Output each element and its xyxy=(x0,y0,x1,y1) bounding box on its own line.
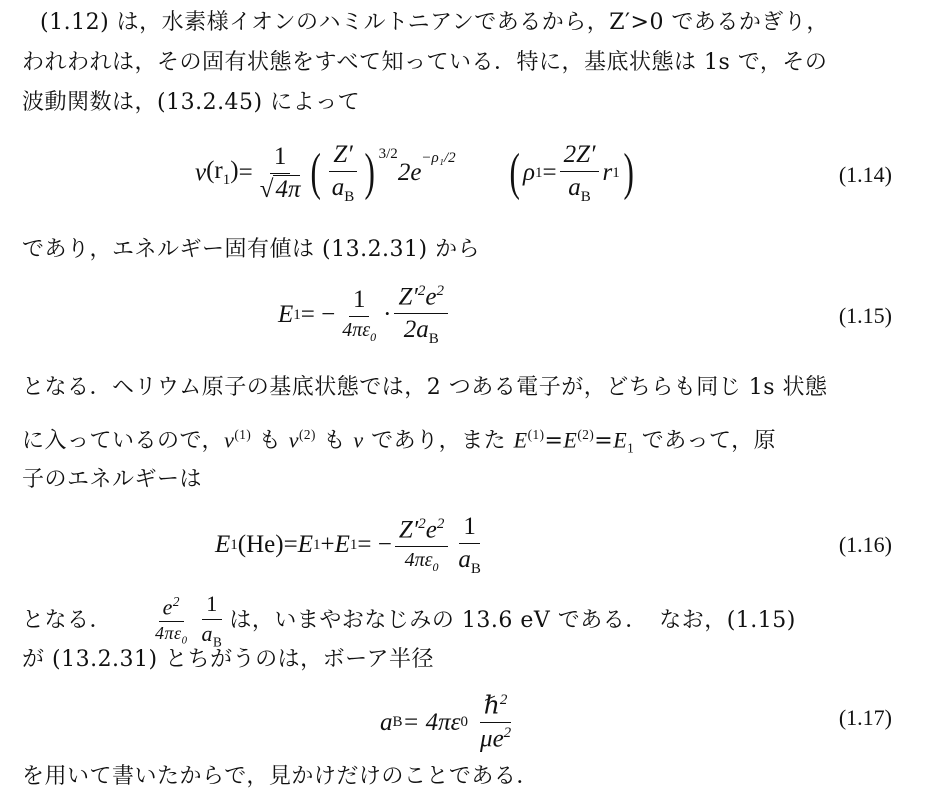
paragraph-line: 波動関数は，(13.2.45) によって xyxy=(22,88,360,118)
paragraph-line: を用いて書いたからで，見かけだけのことである． xyxy=(22,762,539,792)
symbol: 2e xyxy=(398,159,422,187)
fraction: Z′2e2 4πε0 xyxy=(395,516,448,574)
equation-number: (1.14) xyxy=(839,162,892,188)
equals: = − xyxy=(357,531,391,559)
paren-open: ( xyxy=(509,147,519,199)
fraction: Z′ aB xyxy=(328,141,359,205)
fraction: Z′2e2 2aB xyxy=(394,283,447,347)
fraction: 1 4πε0 xyxy=(338,286,380,344)
paragraph-line: となる． e2 4πε0 1 aB は，いまやおなじみの 13.6 eV である… xyxy=(22,596,796,646)
fraction: 1 aB xyxy=(454,513,485,577)
equals: = − xyxy=(301,301,335,329)
exponent: −ρ₁/2 xyxy=(421,150,455,167)
equation-1-14: v (r1) = 1 √4π ( Z′ aB ) 3/2 2e −ρ₁/2 ( … xyxy=(195,138,637,208)
paren-close: ) xyxy=(365,147,375,199)
symbol: r xyxy=(602,159,612,187)
paragraph-line: であり，エネルギー固有値は (13.2.31) から xyxy=(22,235,480,265)
equation-1-17: aB = 4πε0 ℏ2 μe2 xyxy=(380,690,518,755)
paragraph-line: となる．ヘリウム原子の基底状態では，2 つある電子が，どちらも同じ 1s 状態 xyxy=(22,373,828,403)
equation-number: (1.16) xyxy=(839,532,892,558)
fraction: ℏ2 μe2 xyxy=(476,692,515,753)
equation-1-16: E1 (He) = E1 + E1 = − Z′2e2 4πε0 1 aB xyxy=(215,510,488,580)
exponent: 3/2 xyxy=(379,146,398,163)
paragraph-line: (1.12) は，水素様イオンのハミルトニアンであるから，Z′>0 であるかぎり… xyxy=(40,8,829,38)
equals: = 4πε xyxy=(403,709,461,737)
symbol: v xyxy=(195,159,206,187)
paragraph-line: が (13.2.31) とちがうのは，ボーア半径 xyxy=(22,645,434,675)
fraction: e2 4πε0 xyxy=(151,595,192,648)
equals: = xyxy=(542,159,556,187)
equals: = xyxy=(239,159,253,187)
symbol: (r1) xyxy=(206,157,238,189)
equation-number: (1.15) xyxy=(839,303,892,329)
paragraph-line: われわれは，その固有状態をすべて知っている．特に，基底状態は 1s で，その xyxy=(22,48,827,78)
fraction: 1 √4π xyxy=(256,143,305,203)
symbol: ρ xyxy=(523,159,535,187)
equation-number: (1.17) xyxy=(839,705,892,731)
equation-1-15: E1 = − 1 4πε0 · Z′2e2 2aB xyxy=(278,280,451,350)
fraction: 1 aB xyxy=(198,592,227,649)
paren-open: ( xyxy=(311,147,321,199)
fraction: 2Z′ aB xyxy=(560,141,600,205)
paren-close: ) xyxy=(623,147,633,199)
equals: = xyxy=(284,531,298,559)
paragraph-line: 子のエネルギーは xyxy=(22,465,202,495)
paragraph-line: に入っているので，v(1) も v(2) も v であり，また E(1)=E(2… xyxy=(22,420,776,464)
